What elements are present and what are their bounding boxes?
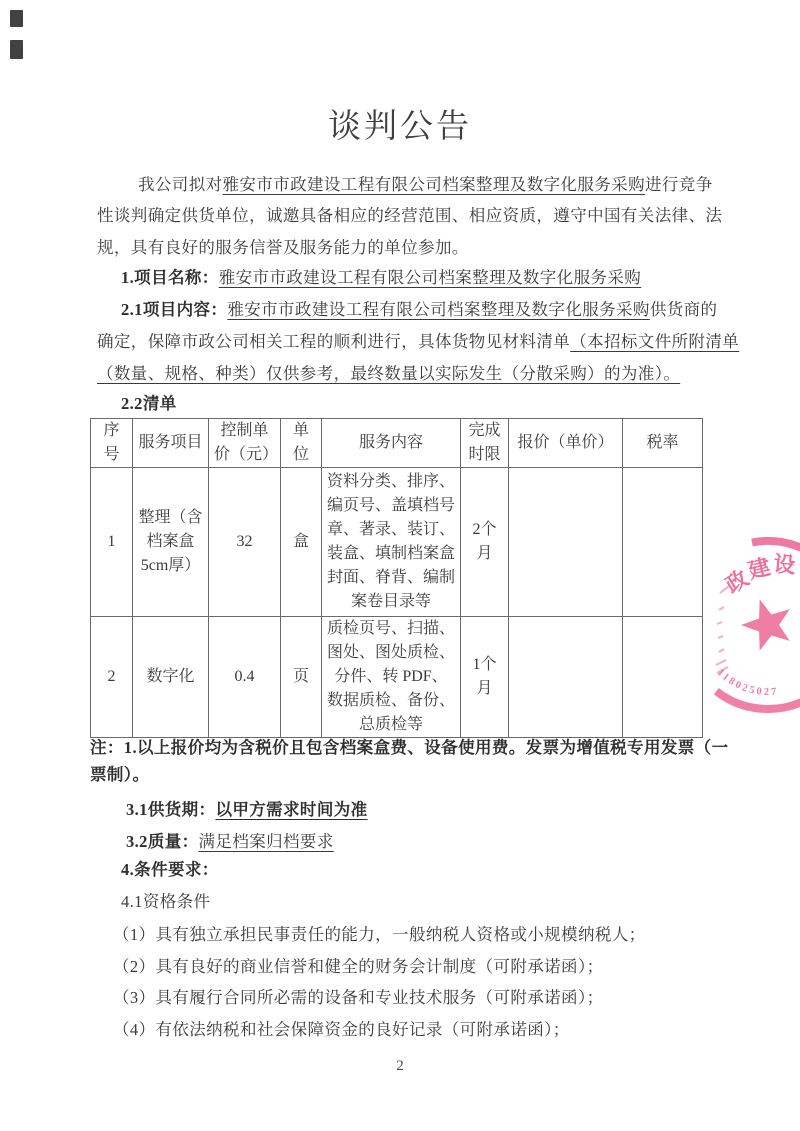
col-header-quote: 报价（单价）	[509, 419, 623, 468]
intro-line-1: 我公司拟对雅安市市政建设工程有限公司档案整理及数字化服务采购进行竞争	[138, 174, 713, 196]
project-content-text: 确定，保障市政公司相关工程的顺利进行，具体货物见材料清单	[97, 332, 570, 351]
seal-arc-char: 建	[745, 554, 772, 584]
intro-line-2: 性谈判确定供货单位，诚邀具备相应的经营范围、相应资质，遵守中国有关法律、法	[97, 205, 722, 227]
project-content-underlined: 雅安市市政建设工程有限公司档案整理及数字化服务采购	[227, 300, 650, 319]
page-title: 谈判公告	[0, 100, 800, 147]
cell-deadline: 1个月	[461, 617, 509, 738]
cell-service-content: 资料分类、排序、编页号、盖填档号章、著录、装订、装盒、填制档案盒封面、脊背、编制…	[322, 468, 461, 617]
col-header-deadline: 完成时限	[461, 419, 509, 468]
table-row: 2 数字化 0.4 页 质检页号、扫描、图处、图处质检、分件、转 PDF、数据质…	[91, 617, 703, 738]
requirements-heading-label: 4.条件要求：	[121, 860, 219, 879]
condition-4: （4）有依法纳税和社会保障资金的良好记录（可附承诺函）；	[113, 1019, 570, 1041]
cell-seq: 2	[91, 617, 133, 738]
cell-service-item: 数字化	[133, 617, 209, 738]
condition-2: （2）具有良好的商业信誉和健全的财务会计制度（可附承诺函）；	[113, 956, 604, 978]
cell-seq: 1	[91, 468, 133, 617]
project-name-label: 1.项目名称：	[121, 268, 219, 287]
supply-period-label: 3.1供货期：	[126, 800, 215, 819]
project-name-value: 雅安市市政建设工程有限公司档案整理及数字化服务采购	[219, 268, 642, 287]
cell-control-price: 0.4	[209, 617, 281, 738]
quality-line: 3.2质量：满足档案归档要求	[126, 831, 334, 853]
list-heading: 2.2清单	[121, 393, 177, 415]
intro-text: 我公司拟对	[138, 175, 223, 194]
cell-quote	[509, 617, 623, 738]
col-header-control-price: 控制单价（元）	[209, 419, 281, 468]
col-header-seq: 序号	[91, 419, 133, 468]
col-header-tax-rate: 税率	[623, 419, 703, 468]
project-content-text: 供货商的	[650, 300, 718, 319]
intro-text: 进行竞争	[645, 175, 713, 194]
condition-1: （1）具有独立承担民事责任的能力，一般纳税人资格或小规模纳税人；	[113, 924, 646, 946]
quality-value: 满足档案归档要求	[199, 832, 334, 851]
cell-unit: 盒	[281, 468, 322, 617]
service-list-table: 序号 服务项目 控制单价（元） 单位 服务内容 完成时限 报价（单价） 税率 1…	[90, 418, 703, 738]
intro-underlined-project: 雅安市市政建设工程有限公司档案整理及数字化服务采购	[223, 175, 646, 194]
document-page: 谈判公告 我公司拟对雅安市市政建设工程有限公司档案整理及数字化服务采购进行竞争 …	[0, 0, 800, 1131]
cell-service-content: 质检页号、扫描、图处、图处质检、分件、转 PDF、数据质检、备份、总质检等	[322, 617, 461, 738]
project-content-label: 2.1项目内容：	[121, 300, 227, 319]
cell-deadline: 2个月	[461, 468, 509, 617]
project-content-underlined: （本招标文件所附清单	[570, 332, 739, 351]
company-seal-stamp: 政 建 设 118025027	[690, 533, 800, 733]
intro-line-3: 规，具有良好的服务信誉及服务能力的单位参加。	[97, 237, 469, 259]
condition-3: （3）具有履行合同所必需的设备和专业技术服务（可附承诺函）；	[113, 987, 604, 1009]
project-content-line-2: 确定，保障市政公司相关工程的顺利进行，具体货物见材料清单（本招标文件所附清单	[97, 331, 739, 353]
note-line-2: 票制）。	[90, 764, 149, 786]
quality-label: 3.2质量：	[126, 832, 199, 851]
col-header-service-item: 服务项目	[133, 419, 209, 468]
cell-unit: 页	[281, 617, 322, 738]
requirements-heading: 4.条件要求：	[121, 859, 219, 881]
table-row: 1 整理（含档案盒5cm厚） 32 盒 资料分类、排序、编页号、盖填档号章、著录…	[91, 468, 703, 617]
page-number: 2	[0, 1058, 800, 1075]
scan-artifact	[10, 10, 23, 27]
table-header-row: 序号 服务项目 控制单价（元） 单位 服务内容 完成时限 报价（单价） 税率	[91, 419, 703, 468]
supply-period-line: 3.1供货期：以甲方需求时间为准	[126, 799, 368, 821]
seal-star-icon	[741, 599, 790, 650]
seal-arc-char: 设	[773, 551, 797, 577]
supply-period-value: 以甲方需求时间为准	[215, 800, 367, 819]
project-content-line-3: （数量、规格、种类）仅供参考，最终数量以实际发生（分散采购）的为准）。	[97, 363, 680, 385]
project-content-underlined: （数量、规格、种类）仅供参考，最终数量以实际发生（分散采购）的为准）。	[97, 364, 680, 383]
seal-faint-strokes	[716, 586, 729, 673]
project-content-line-1: 2.1项目内容：雅安市市政建设工程有限公司档案整理及数字化服务采购供货商的	[121, 299, 717, 321]
col-header-service-content: 服务内容	[322, 419, 461, 468]
note-line-1: 注：1.以上报价均为含税价且包含档案盒费、设备使用费。发票为增值税专用发票（一	[90, 737, 728, 759]
col-header-unit: 单位	[281, 419, 322, 468]
qualification-heading: 4.1资格条件	[121, 891, 210, 913]
cell-quote	[509, 468, 623, 617]
scan-artifact	[10, 40, 23, 59]
project-name-line: 1.项目名称：雅安市市政建设工程有限公司档案整理及数字化服务采购	[121, 267, 641, 289]
cell-control-price: 32	[209, 468, 281, 617]
cell-service-item: 整理（含档案盒5cm厚）	[133, 468, 209, 617]
list-heading-label: 2.2清单	[121, 394, 177, 413]
